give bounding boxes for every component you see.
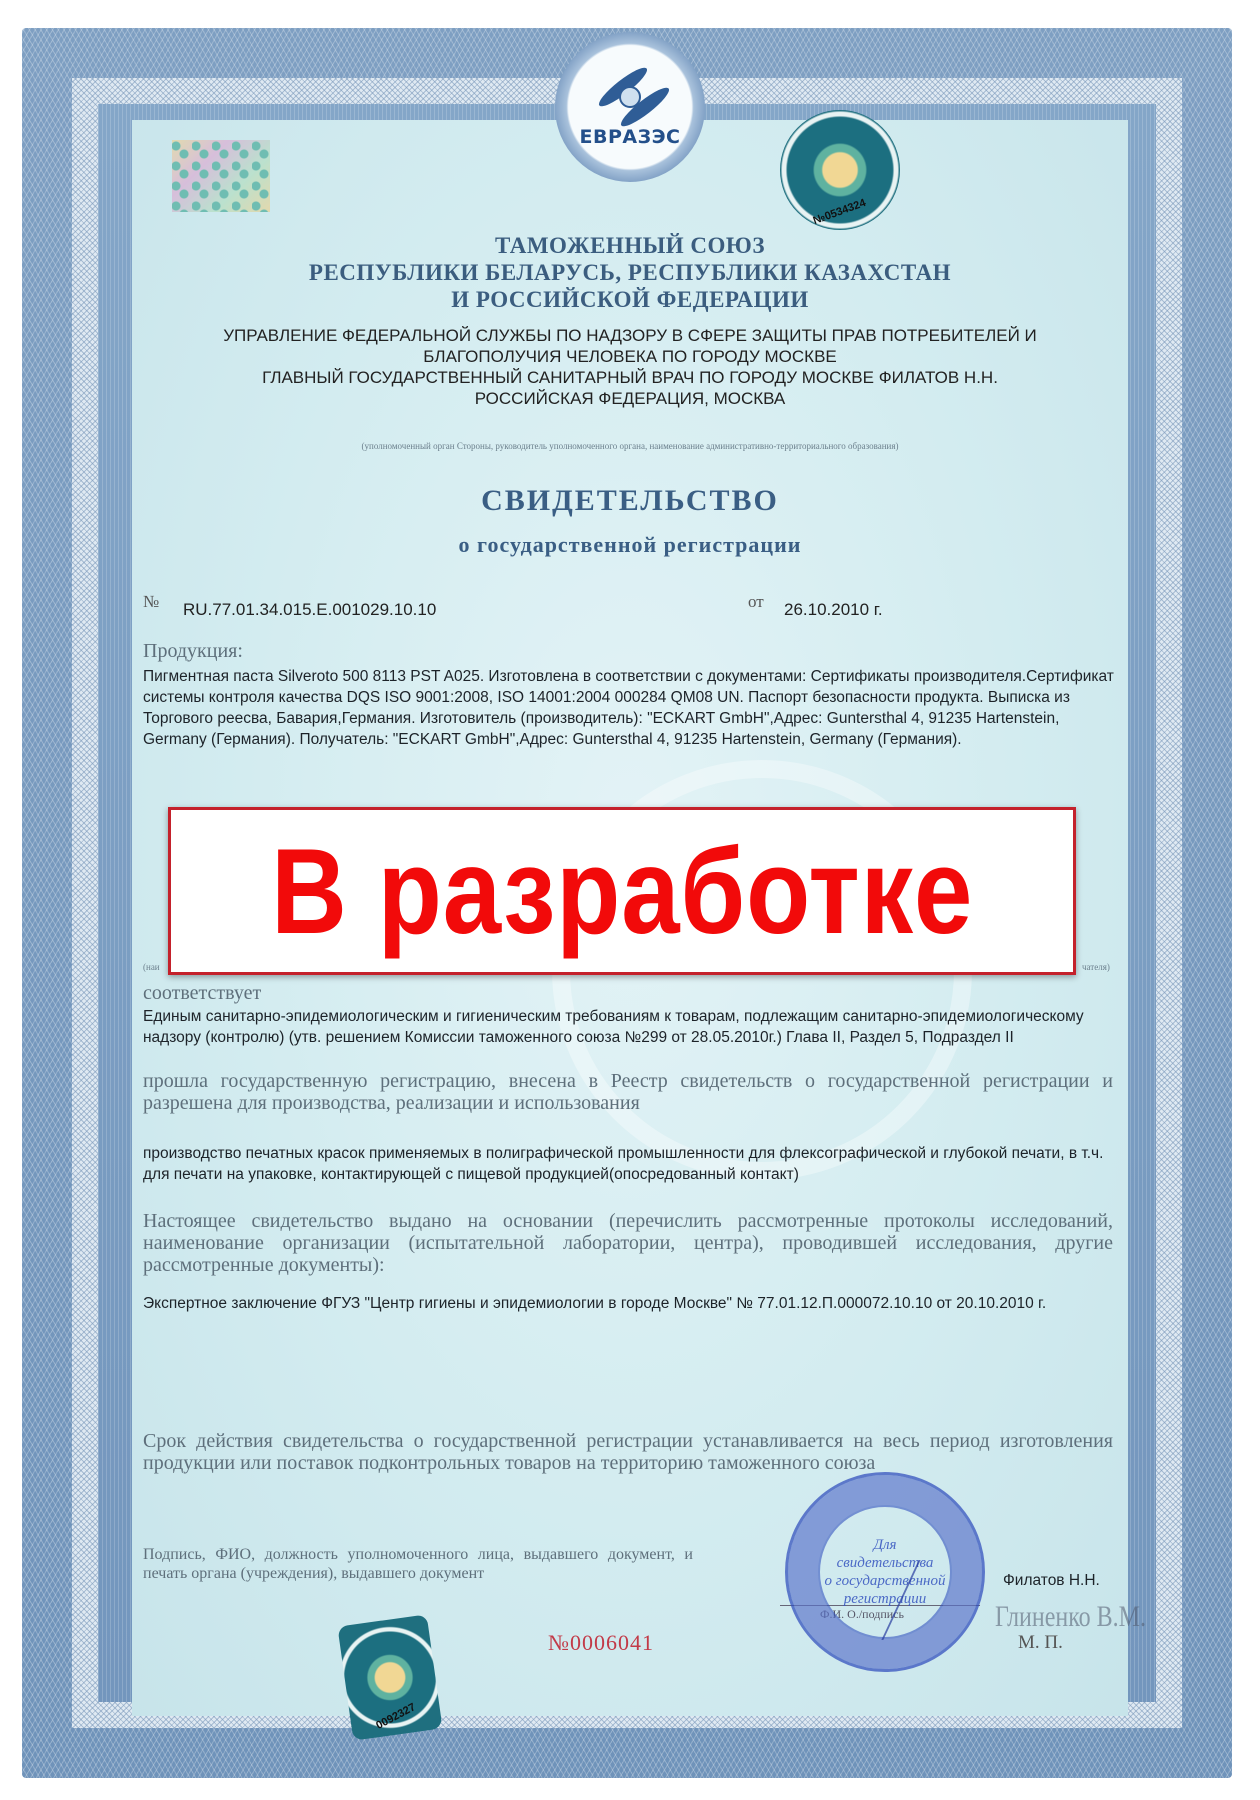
evrazes-logo-icon (585, 74, 675, 122)
form-number: №0006041 (548, 1630, 654, 1656)
union-line-1: ТАМОЖЕННЫЙ СОЮЗ (132, 232, 1128, 259)
name-stamp: Глиненко В.М. (995, 1600, 1146, 1634)
evrazes-emblem: ЕВРАЗЭС (555, 32, 705, 182)
authority-line-2: БЛАГОПОЛУЧИЯ ЧЕЛОВЕКА ПО ГОРОДУ МОСКВЕ (132, 346, 1128, 367)
in-development-label: В разработке (271, 830, 973, 952)
signer-name: Филатов Н.Н. (1003, 1572, 1100, 1590)
document-title: СВИДЕТЕЛЬСТВО (132, 484, 1128, 518)
compliance-heading: соответствует (143, 982, 261, 1005)
document-subtitle: о государственной регистрации (132, 532, 1128, 558)
product-description: Пигментная паста Silveroto 500 8113 PST … (143, 666, 1123, 750)
product-heading: Продукция: (143, 640, 243, 663)
in-development-banner: В разработке (168, 807, 1076, 975)
seal-place-label: М. П. (1018, 1632, 1063, 1654)
validity-statement: Срок действия свидетельства о государств… (143, 1430, 1113, 1474)
union-line-2: РЕСПУБЛИКИ БЕЛАРУСЬ, РЕСПУБЛИКИ КАЗАХСТА… (132, 259, 1128, 286)
customs-union-title: ТАМОЖЕННЫЙ СОЮЗ РЕСПУБЛИКИ БЕЛАРУСЬ, РЕС… (132, 232, 1128, 313)
authority-line-4: РОССИЙСКАЯ ФЕДЕРАЦИЯ, МОСКВА (132, 388, 1128, 409)
issuing-authority: УПРАВЛЕНИЕ ФЕДЕРАЛЬНОЙ СЛУЖБЫ ПО НАДЗОРУ… (132, 325, 1128, 409)
hologram-serial-top: №0534324 (812, 197, 868, 227)
emblem-label: ЕВРАЗЭС (580, 126, 681, 148)
usage-scope: производство печатных красок применяемых… (143, 1143, 1123, 1185)
registration-number: RU.77.01.34.015.E.001029.10.10 (183, 600, 436, 620)
stamp-line-1: Для (873, 1536, 896, 1554)
registration-statement: прошла государственную регистрацию, внес… (143, 1070, 1113, 1114)
authority-line-1: УПРАВЛЕНИЕ ФЕДЕРАЛЬНОЙ СЛУЖБЫ ПО НАДЗОРУ… (132, 325, 1128, 346)
authority-caption: (уполномоченный орган Стороны, руководит… (132, 441, 1128, 451)
signature-caption: Подпись, ФИО, должность уполномоченного … (143, 1545, 693, 1583)
authority-line-3: ГЛАВНЫЙ ГОСУДАРСТВЕННЫЙ САНИТАРНЫЙ ВРАЧ … (132, 367, 1128, 388)
registration-date: 26.10.2010 г. (784, 600, 883, 620)
expert-conclusion: Экспертное заключение ФГУЗ "Центр гигиен… (143, 1293, 1123, 1314)
caption-fragment-left: (наи (143, 962, 160, 972)
basis-heading: Настоящее свидетельство выдано на основа… (143, 1210, 1113, 1276)
union-line-3: И РОССИЙСКОЙ ФЕДЕРАЦИИ (132, 286, 1128, 313)
date-label: от (748, 592, 764, 612)
hologram-strip (172, 140, 270, 212)
hologram-seal-bottom: 0092327 (337, 1614, 442, 1740)
hologram-serial-bottom: 0092327 (374, 1701, 417, 1732)
compliance-requirements: Единым санитарно-эпидемиологическим и ги… (143, 1006, 1123, 1048)
number-sign: № (143, 592, 159, 612)
caption-fragment-right: чателя) (1082, 962, 1110, 972)
hologram-seal-top: №0534324 (780, 110, 900, 230)
